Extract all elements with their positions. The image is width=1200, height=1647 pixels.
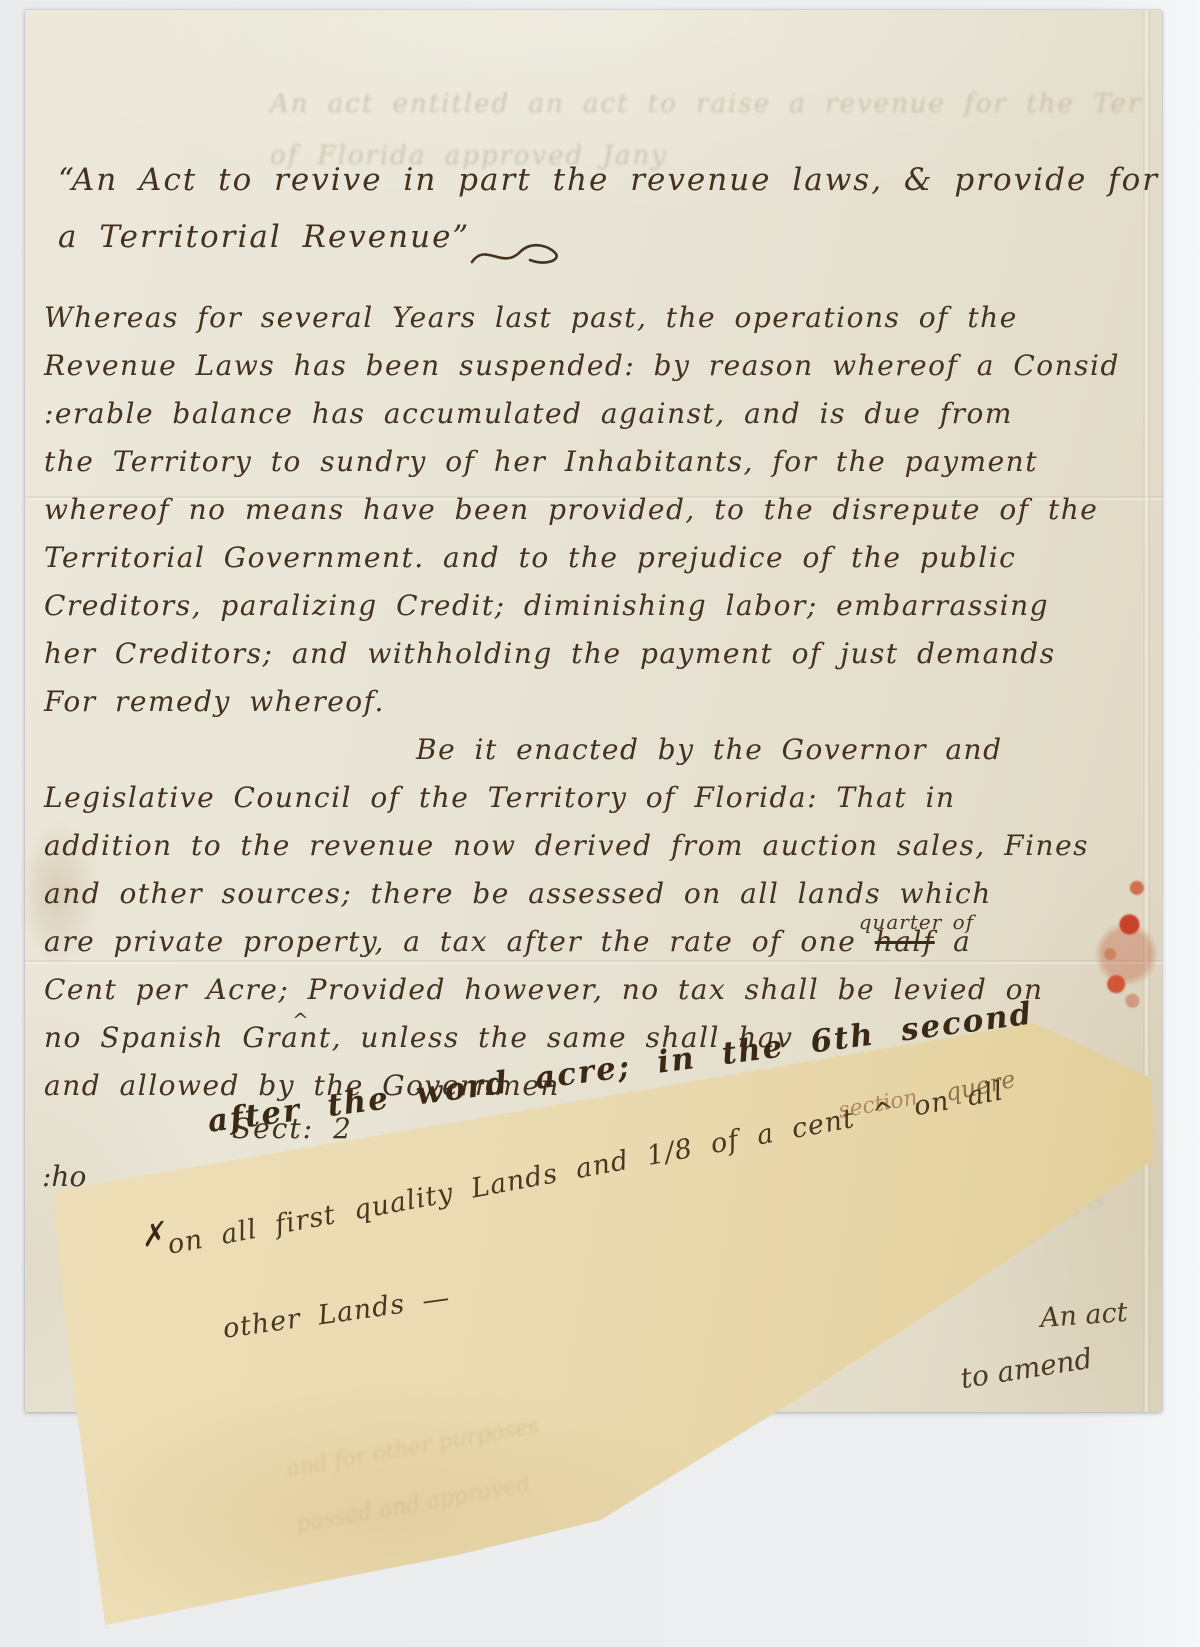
manuscript-line: :erable balance has accumulated against,… [44, 390, 1139, 438]
insertion-caret: ^ [292, 1008, 309, 1032]
red-wax-stain [1088, 858, 1162, 1024]
manuscript-line: Whereas for several Years last past, the… [44, 294, 1139, 342]
ghost-line: An act entitled an act to raise a revenu… [270, 78, 1110, 130]
body-paragraph-1: Whereas for several Years last past, the… [44, 294, 1139, 918]
manuscript-line: For remedy whereof. [44, 678, 1139, 726]
manuscript-line: and other sources; there be assessed on … [44, 870, 1139, 918]
manuscript-line: Legislative Council of the Territory of … [44, 774, 1139, 822]
manuscript-line: Territorial Government. and to the preju… [44, 534, 1139, 582]
manuscript-line: Revenue Laws has been suspended: by reas… [44, 342, 1139, 390]
manuscript-line: whereof no means have been provided, to … [44, 486, 1139, 534]
manuscript-line: Cent per Acre; Provided however, no tax … [44, 966, 1139, 1014]
line14-pre: are private property, a tax after the ra… [44, 925, 875, 958]
flourish-ornament [468, 240, 564, 274]
manuscript-line: Creditors, paralizing Credit; diminishin… [44, 582, 1139, 630]
underpage-text-an-act: An act [1039, 1297, 1128, 1334]
manuscript-line-correction: are private property, a tax after the ra… [44, 918, 971, 966]
act-title-line2: a Territorial Revenue” [58, 209, 1159, 266]
manuscript-line: her Creditors; and withholding the payme… [44, 630, 1139, 678]
manuscript-line: Be it enacted by the Governor and [416, 726, 1139, 774]
manuscript-line: addition to the revenue now derived from… [44, 822, 1139, 870]
act-title: “An Act to revive in part the revenue la… [58, 152, 1159, 266]
manuscript-line: the Territory to sundry of her Inhabitan… [44, 438, 1139, 486]
interlined-insertion: quarter of [859, 898, 974, 946]
struck-word-wrap: quarter ofhalf [875, 925, 935, 958]
act-title-line1: “An Act to revive in part the revenue la… [58, 152, 1159, 209]
section-2-heading: Sect: 2 [232, 1112, 353, 1145]
